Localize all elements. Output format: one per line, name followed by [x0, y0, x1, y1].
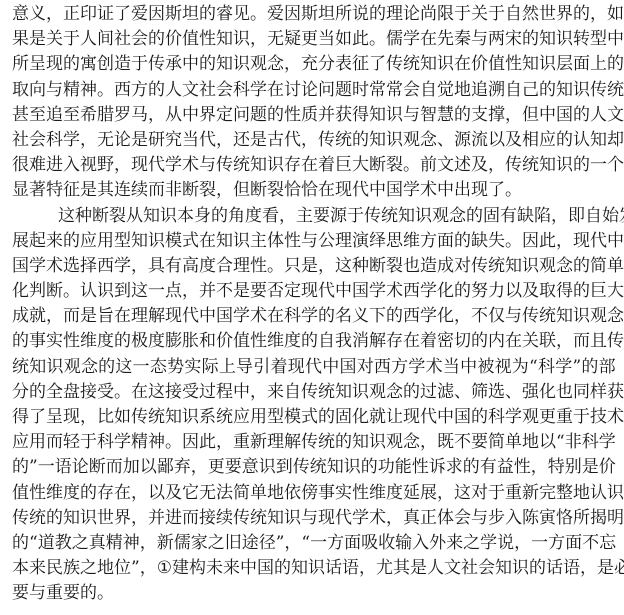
paragraph-1: 意义，正印证了爱因斯坦的睿见。爱因斯坦所说的理论尚限于关于自然世界的，如 果是关…	[12, 2, 616, 204]
text-line: 成就，而是旨在理解现代中国学术在科学的名义下的西学化，不仅与传统知识观念	[12, 304, 616, 329]
text-line: 甚至追至希腊罗马，从中界定问题的性质并获得知识与智慧的支撑，但中国的人文	[12, 103, 616, 128]
text-line: 的事实性维度的极度膨胀和价值性维度的自我消解存在着密切的内在关联，而且传	[12, 329, 616, 354]
text-line: 分的全盘接受。在这接受过程中，来自传统知识观念的过滤、筛选、强化也同样获	[12, 380, 616, 405]
text-line: 意义，正印证了爱因斯坦的睿见。爱因斯坦所说的理论尚限于关于自然世界的，如	[12, 2, 616, 27]
text-line: 得了呈现，比如传统知识系统应用型模式的固化就让现代中国的科学观更重于技术	[12, 405, 616, 430]
text-line: 所呈现的寓创造于传承中的知识观念，充分表征了传统知识在价值性知识层面上的	[12, 52, 616, 77]
text-line: 值性维度的存在，以及它无法简单地依傍事实性维度延展，这对于重新完整地认识	[12, 481, 616, 506]
paragraph-2: 这种断裂从知识本身的角度看，主要源于传统知识观念的固有缺陷，即自始发 展起来的应…	[12, 204, 616, 607]
text-line: 取向与精神。西方的人文社会科学在讨论问题时常常会自觉地追溯自己的知识传统，	[12, 78, 616, 103]
text-line: 化判断。认识到这一点，并不是要否定现代中国学术西学化的努力以及取得的巨大	[12, 279, 616, 304]
text-line: 传统的知识世界，并进而接续传统知识与现代学术，真正体会与步入陈寅恪所揭明	[12, 506, 616, 531]
text-line: 本来民族之地位”，① 建构未来中国的知识话语，尤其是人文社会知识的话语，是必	[12, 556, 616, 581]
text-line: 很难进入视野，现代学术与传统知识存在着巨大断裂。前文述及，传统知识的一个	[12, 153, 616, 178]
text-line: 显著特征是其连续而非断裂，但断裂恰恰在现代中国学术中出现了。	[12, 178, 616, 203]
document-page: 意义，正印证了爱因斯坦的睿见。爱因斯坦所说的理论尚限于关于自然世界的，如 果是关…	[12, 2, 616, 607]
text-line: 的”一语论断而加以鄙弃，更要意识到传统知识的功能性诉求的有益性，特别是价	[12, 455, 616, 480]
text-line: 要与重要的。	[12, 581, 616, 606]
text-line: 果是关于人间社会的价值性知识，无疑更当如此。儒学在先秦与两宋的知识转型中	[12, 27, 616, 52]
text-line: 的“道教之真精神，新儒家之旧途径”，“一方面吸收输入外来之学说，一方面不忘	[12, 531, 616, 556]
text-line: 应用而轻于科学精神。因此，重新理解传统的知识观念，既不要简单地以“非科学	[12, 430, 616, 455]
text-line: 统知识观念的这一态势实际上导引着现代中国对西方学术当中被视为“科学”的部	[12, 355, 616, 380]
text-line: 展起来的应用型知识模式在知识主体性与公理演绎思维方面的缺失。因此，现代中	[12, 229, 616, 254]
text-line: 国学术选择西学，具有高度合理性。只是，这种断裂也造成对传统知识观念的简单	[12, 254, 616, 279]
text-line: 这种断裂从知识本身的角度看，主要源于传统知识观念的固有缺陷，即自始发	[12, 204, 616, 229]
text-line: 社会科学，无论是研究当代，还是古代，传统的知识观念、源流以及相应的认知却	[12, 128, 616, 153]
